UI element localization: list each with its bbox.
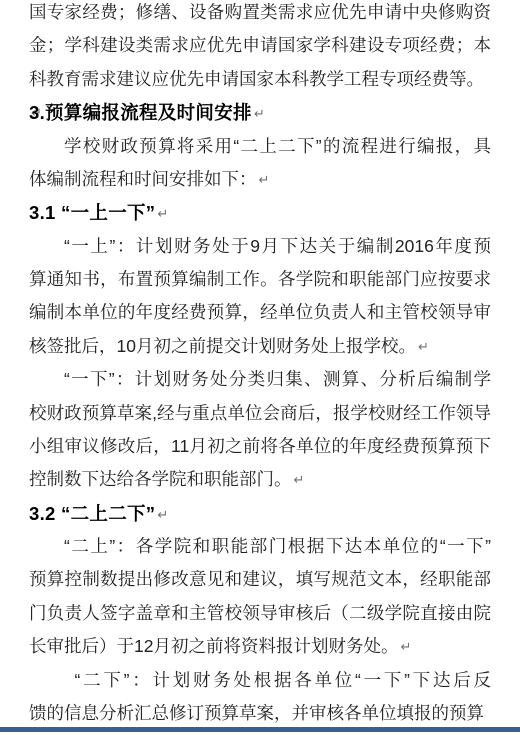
paragraph-mark-icon: ↵	[157, 206, 168, 221]
text-run: 金；学科建设类需求应优先申请国家学科建设专项经费；本	[29, 35, 491, 55]
text-line: 3.2 “二上二下”↵	[29, 497, 491, 530]
text-run: 预算控制数提出修改意见和建议，填写规范文本，经职能部	[29, 569, 491, 589]
text-line: 核签批后，10月初之前提交计划财务处上报学校。↵	[29, 330, 491, 363]
body-paragraph: “二下”：计划财务处根据各单位“一下”下达后反馈的信息分析汇总修订预算草案，并审…	[29, 664, 491, 731]
text-line: 门负责人签字盖章和主管校领导审核后（二级学院直接由院	[29, 597, 491, 630]
text-run: 3.1 “一上一下”	[29, 202, 155, 223]
text-run: 3.预算编报流程及时间安排	[29, 102, 252, 123]
text-run: “一上”：计划财务处于9月下达关于编制2016年度预	[64, 236, 491, 256]
text-line: 3.预算编报流程及时间安排↵	[29, 96, 491, 129]
text-line: 算通知书，布置预算编制工作。各学院和职能部门应按要求	[29, 263, 491, 296]
body-paragraph: “一下”：计划财务处分类归集、测算、分析后编制学校财政预算草案,经与重点单位会商…	[29, 363, 491, 497]
text-run: 馈的信息分析汇总修订预算草案，并审核各单位填报的预算	[29, 703, 484, 723]
text-line: 国专家经费；修缮、设备购置类需求应优先申请中央修购资	[29, 0, 491, 29]
text-line: 体编制流程和时间安排如下：↵	[29, 163, 491, 196]
text-line: “一上”：计划财务处于9月下达关于编制2016年度预	[29, 230, 491, 263]
heading-paragraph: 3.1 “一上一下”↵	[29, 196, 491, 229]
text-line: 预算控制数提出修改意见和建议，填写规范文本，经职能部	[29, 563, 491, 596]
word-document-page: 国专家经费；修缮、设备购置类需求应优先申请中央修购资金；学科建设类需求应优先申请…	[0, 0, 520, 735]
text-run: “一下”：计划财务处分类归集、测算、分析后编制学	[64, 369, 491, 389]
heading-paragraph: 3.预算编报流程及时间安排↵	[29, 96, 491, 129]
body-paragraph: “二上”：各学院和职能部门根据下达本单位的“一下”预算控制数提出修改意见和建议，…	[29, 530, 491, 664]
text-run: 门负责人签字盖章和主管校领导审核后（二级学院直接由院	[29, 603, 491, 623]
text-run: 学校财政预算将采用“二上二下”的流程进行编报，具	[64, 136, 491, 156]
paragraph-mark-icon: ↵	[400, 639, 411, 654]
text-run: “二下”：计划财务处根据各单位“一下”下达后反	[75, 670, 492, 690]
body-paragraph: “一上”：计划财务处于9月下达关于编制2016年度预算通知书，布置预算编制工作。…	[29, 230, 491, 364]
paragraph-mark-icon: ↵	[418, 339, 429, 354]
body-paragraph: 国专家经费；修缮、设备购置类需求应优先申请中央修购资金；学科建设类需求应优先申请…	[29, 0, 491, 96]
text-run: 核签批后，10月初之前提交计划财务处上报学校。	[29, 336, 416, 356]
text-run: 长审批后）于12月初之前将资料报计划财务处。	[29, 636, 398, 656]
text-run: 科教育需求建议应优先申请国家本科教学工程专项经费等。	[29, 69, 484, 89]
text-line: 校财政预算草案,经与重点单位会商后，报学校财经工作领导	[29, 397, 491, 430]
text-line: “一下”：计划财务处分类归集、测算、分析后编制学	[29, 363, 491, 396]
paragraph-mark-icon: ↵	[157, 507, 168, 522]
text-run: 编制本单位的年度经费预算，经单位负责人和主管校领导审	[29, 302, 491, 322]
text-line: “二上”：各学院和职能部门根据下达本单位的“一下”	[29, 530, 491, 563]
text-line: 3.1 “一上一下”↵	[29, 196, 491, 229]
text-line: 馈的信息分析汇总修订预算草案，并审核各单位填报的预算	[29, 697, 491, 730]
text-line: 小组审议修改后，11月初之前将各单位的年度经费预算预下	[29, 430, 491, 463]
body-paragraph: 学校财政预算将采用“二上二下”的流程进行编报，具体编制流程和时间安排如下：↵	[29, 130, 491, 197]
paragraph-mark-icon: ↵	[254, 106, 265, 121]
text-run: 3.2 “二上二下”	[29, 503, 155, 524]
text-run: “二上”：各学院和职能部门根据下达本单位的“一下”	[64, 536, 491, 556]
text-line: “二下”：计划财务处根据各单位“一下”下达后反	[29, 664, 491, 697]
text-line: 控制数下达给各学院和职能部门。↵	[29, 463, 491, 496]
text-run: 国专家经费；修缮、设备购置类需求应优先申请中央修购资	[29, 2, 491, 22]
text-line: 金；学科建设类需求应优先申请国家学科建设专项经费；本	[29, 29, 491, 62]
text-run: 算通知书，布置预算编制工作。各学院和职能部门应按要求	[29, 269, 491, 289]
text-run: 小组审议修改后，11月初之前将各单位的年度经费预算预下	[29, 436, 491, 456]
bottom-border-rule	[0, 727, 520, 732]
text-line: 科教育需求建议应优先申请国家本科教学工程专项经费等。↵	[29, 63, 491, 96]
text-line: 学校财政预算将采用“二上二下”的流程进行编报，具	[29, 130, 491, 163]
text-run: 校财政预算草案,经与重点单位会商后，报学校财经工作领导	[29, 403, 491, 423]
paragraph-mark-icon: ↵	[259, 172, 270, 187]
document-content: 国专家经费；修缮、设备购置类需求应优先申请中央修购资金；学科建设类需求应优先申请…	[29, 0, 491, 730]
heading-paragraph: 3.2 “二上二下”↵	[29, 497, 491, 530]
text-line: 长审批后）于12月初之前将资料报计划财务处。↵	[29, 630, 491, 663]
text-run: 控制数下达给各学院和职能部门。	[29, 469, 292, 489]
text-line: 编制本单位的年度经费预算，经单位负责人和主管校领导审	[29, 296, 491, 329]
text-run: 体编制流程和时间安排如下：	[29, 169, 257, 189]
paragraph-mark-icon: ↵	[294, 472, 305, 487]
